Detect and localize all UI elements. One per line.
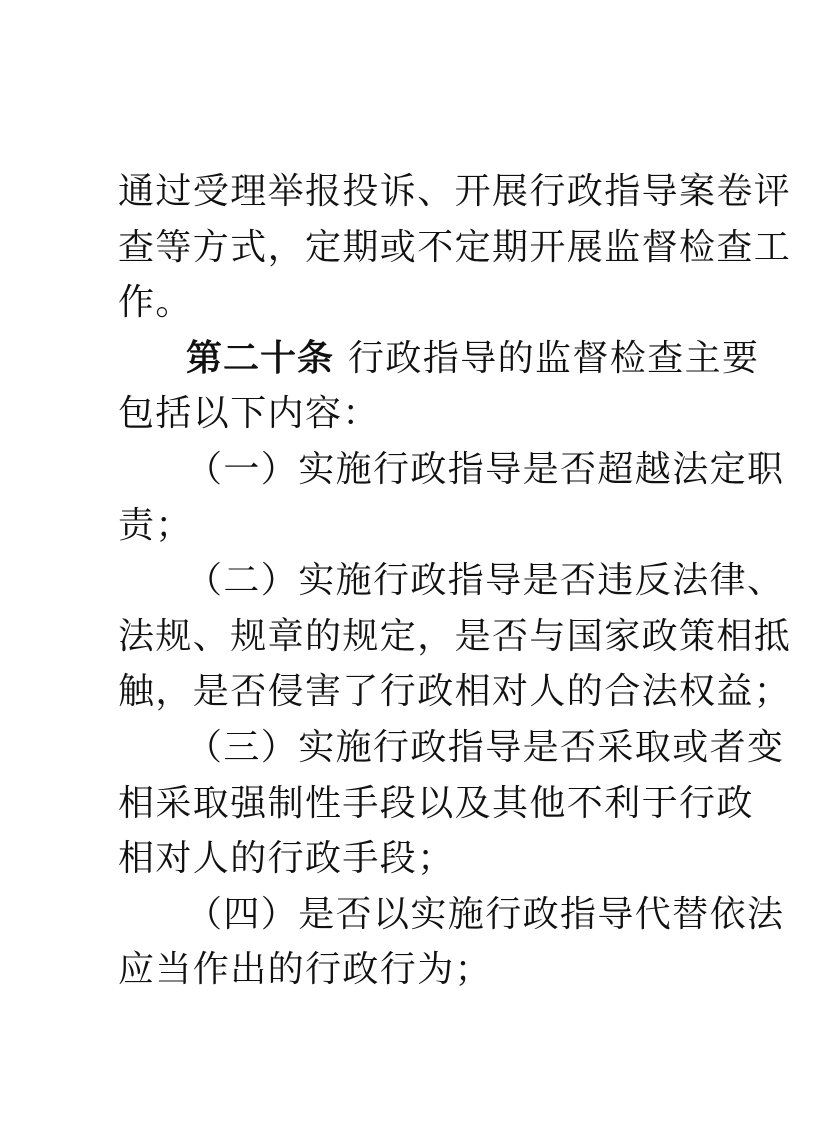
paragraph-line: 触，是否侵害了行政相对人的合法权益； — [118, 664, 718, 720]
paragraph-line: 法规、规章的规定，是否与国家政策相抵 — [118, 609, 718, 665]
article-number: 第二十条 — [186, 338, 334, 379]
paragraph-line: 通过受理举报投诉、开展行政指导案卷评 — [118, 164, 718, 220]
paragraph-line: 相采取强制性手段以及其他不利于行政 — [118, 776, 718, 832]
paragraph-line: 责； — [118, 498, 718, 554]
list-item-2: （二）实施行政指导是否违反法律、 — [118, 553, 718, 609]
paragraph-line: 查等方式，定期或不定期开展监督检查工 — [118, 220, 718, 276]
paragraph-line: 包括以下内容： — [118, 386, 718, 442]
list-item-3: （三）实施行政指导是否采取或者变 — [118, 720, 718, 776]
paragraph-line: 应当作出的行政行为； — [118, 942, 718, 998]
list-item-1: （一）实施行政指导是否超越法定职 — [118, 442, 718, 498]
paragraph-line: 相对人的行政手段； — [118, 831, 718, 887]
document-page: 通过受理举报投诉、开展行政指导案卷评 查等方式，定期或不定期开展监督检查工 作。… — [118, 164, 718, 998]
article-text: 行政指导的监督检查主要 — [348, 338, 759, 379]
list-item-4: （四）是否以实施行政指导代替依法 — [118, 887, 718, 943]
paragraph-line: 作。 — [118, 275, 718, 331]
article-heading-line: 第二十条行政指导的监督检查主要 — [118, 331, 718, 387]
